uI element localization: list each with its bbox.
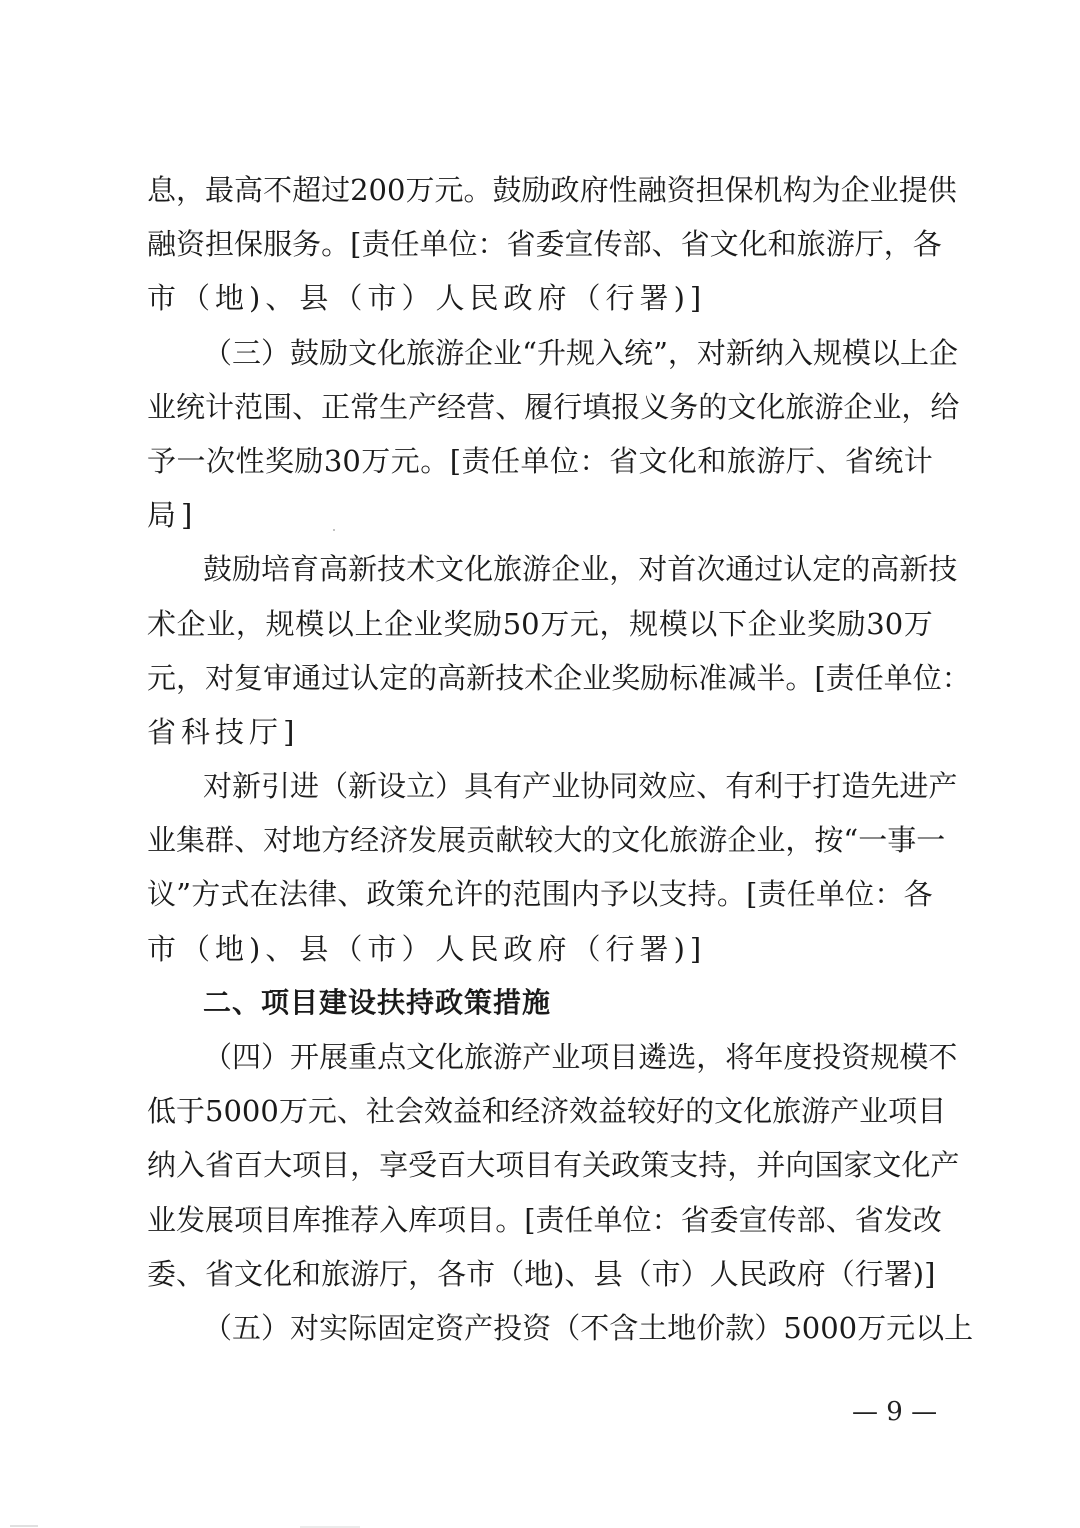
paragraph-start-line: 鼓励培育高新技术文化旅游企业，对首次通过认定的高新技 <box>147 542 933 596</box>
text-line: 市（地)、县（市）人民政府（行署)] <box>147 271 933 325</box>
text-line: 省科技厅] <box>147 705 933 759</box>
scan-artifact <box>333 529 335 531</box>
text-line: 市（地)、县（市）人民政府（行署)] <box>147 922 933 976</box>
paragraph-start-line: 对新引进（新设立）具有产业协同效应、有利于打造先进产 <box>147 759 933 813</box>
scan-artifact <box>10 1525 38 1527</box>
text-line: 术企业，规模以上企业奖励50万元，规模以下企业奖励30万 <box>147 597 933 651</box>
text-line: 元，对复审通过认定的高新技术企业奖励标准减半。[责任单位： <box>147 651 933 705</box>
body-text: 息，最高不超过200万元。鼓励政府性融资担保机构为企业提供 融资担保服务。[责任… <box>147 163 933 1355</box>
paragraph-start-line: （三）鼓励文化旅游企业“升规入统”，对新纳入规模以上企 <box>147 326 933 380</box>
paragraph-start-line: （五）对实际固定资产投资（不含土地价款）5000万元以上 <box>147 1301 933 1355</box>
page-number: — 9 — <box>852 1397 937 1427</box>
text-line: 低于5000万元、社会效益和经济效益较好的文化旅游产业项目 <box>147 1084 933 1138</box>
text-line: 融资担保服务。[责任单位：省委宣传部、省文化和旅游厅，各 <box>147 217 933 271</box>
paragraph-start-line: （四）开展重点文化旅游产业项目遴选，将年度投资规模不 <box>147 1030 933 1084</box>
text-line: 委、省文化和旅游厅，各市（地)、县（市）人民政府（行署)] <box>147 1247 933 1301</box>
text-line: 局] <box>147 488 933 542</box>
text-line: 议”方式在法律、政策允许的范围内予以支持。[责任单位：各 <box>147 867 933 921</box>
text-line: 业发展项目库推荐入库项目。[责任单位：省委宣传部、省发改 <box>147 1193 933 1247</box>
text-line: 业统计范围、正常生产经营、履行填报义务的文化旅游企业，给 <box>147 380 933 434</box>
document-page: 息，最高不超过200万元。鼓励政府性融资担保机构为企业提供 融资担保服务。[责任… <box>0 0 1080 1528</box>
text-line: 业集群、对地方经济发展贡献较大的文化旅游企业，按“一事一 <box>147 813 933 867</box>
text-line: 息，最高不超过200万元。鼓励政府性融资担保机构为企业提供 <box>147 163 933 217</box>
section-heading: 二、项目建设扶持政策措施 <box>147 976 933 1030</box>
text-line: 纳入省百大项目，享受百大项目有关政策支持，并向国家文化产 <box>147 1138 933 1192</box>
text-line: 予一次性奖励30万元。[责任单位：省文化和旅游厅、省统计 <box>147 434 933 488</box>
